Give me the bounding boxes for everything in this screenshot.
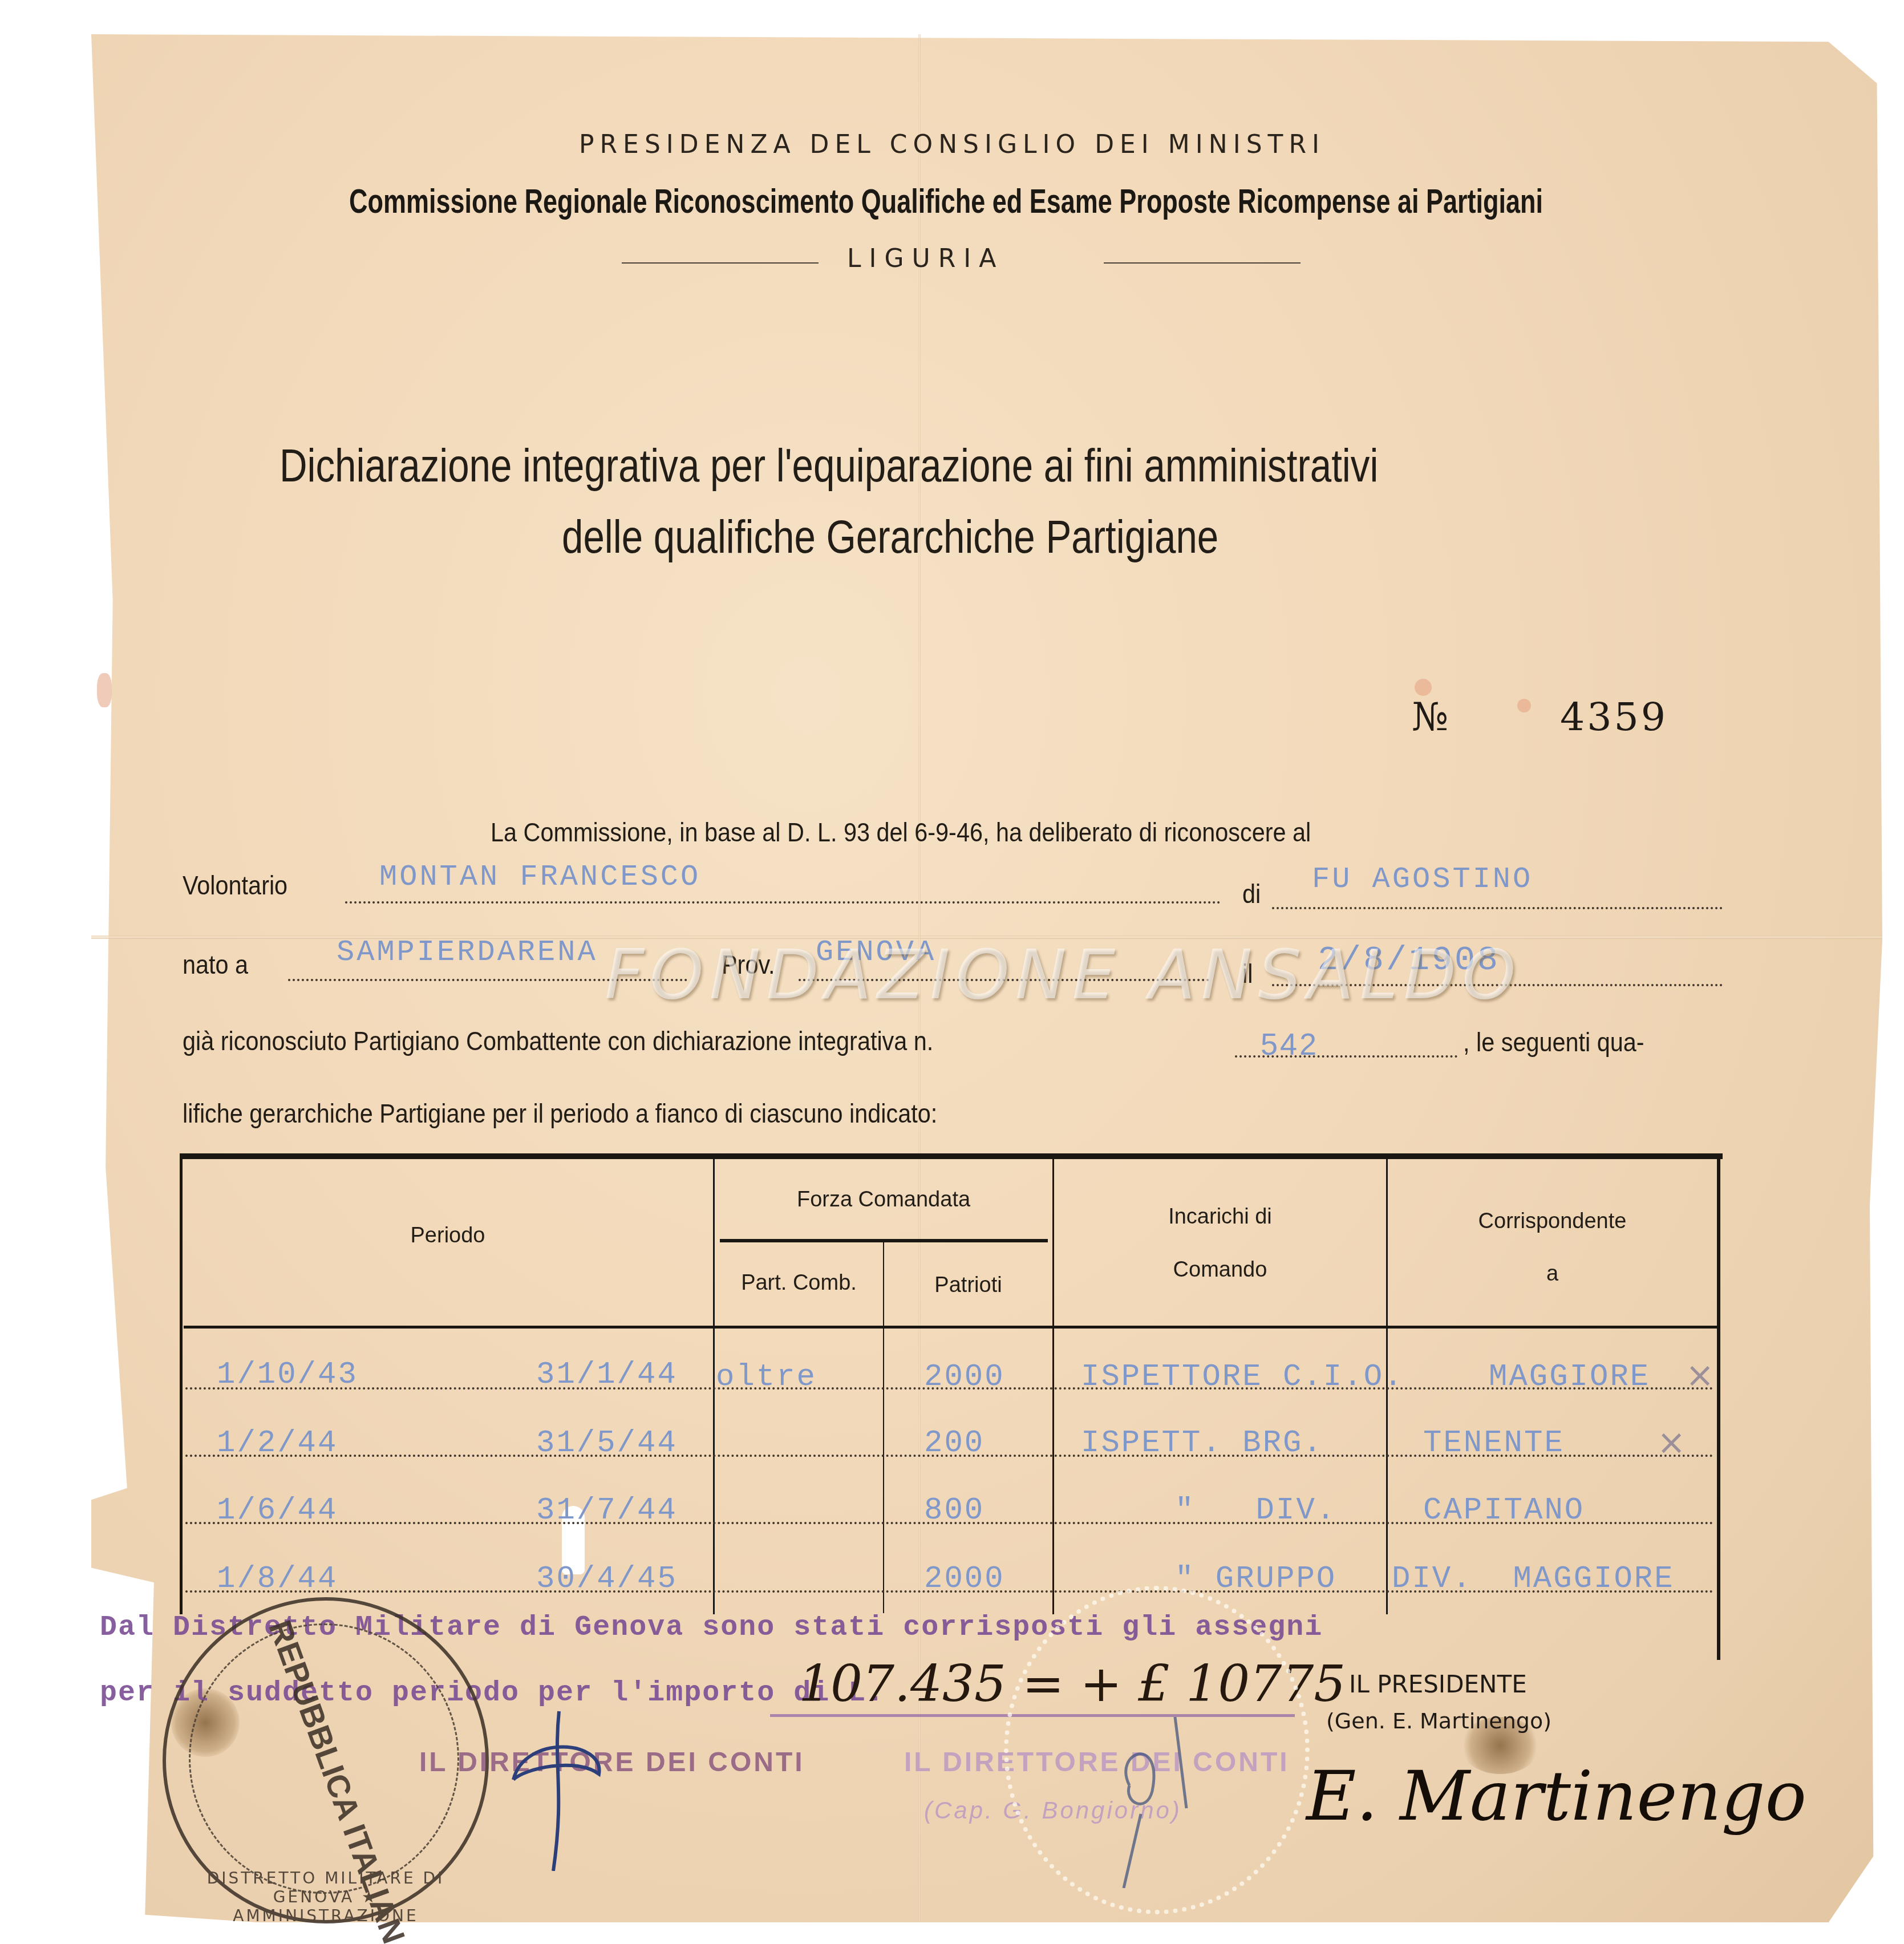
cell-patrioti: 2000: [924, 1360, 1005, 1395]
cell-incarico: " GRUPPO: [1175, 1562, 1336, 1597]
check-mark-icon: ×: [1686, 1355, 1714, 1395]
di-label: di: [1242, 878, 1261, 909]
header-region: LIGURIA: [847, 244, 1004, 273]
foxing-spot: [97, 673, 112, 707]
table-right-border: [1717, 1158, 1720, 1660]
col-header-comando: Comando: [1054, 1258, 1386, 1282]
intro-text: La Commissione, in base al D. L. 93 del …: [491, 817, 1311, 848]
divider-line: [1104, 262, 1301, 264]
presidente-name: (Gen. E. Martinengo): [1326, 1708, 1551, 1734]
cell-patrioti: 2000: [924, 1562, 1005, 1597]
foxing-spot: [1415, 679, 1432, 696]
header-presidenza: PRESIDENZA DEL CONSIGLIO DEI MINISTRI: [0, 130, 1904, 159]
cell-patrioti: 200: [924, 1426, 985, 1461]
cell-from: 1/6/44: [217, 1493, 338, 1528]
cell-incarico: ISPETT. BRG.: [1081, 1426, 1323, 1461]
fill-line: [1272, 907, 1723, 909]
director-signature-1: [491, 1700, 616, 1871]
volontario-value: MONTAN FRANCESCO: [379, 860, 700, 894]
cell-to: 31/1/44: [536, 1358, 678, 1392]
seguenti-text: , le seguenti qua-: [1463, 1027, 1644, 1058]
header-commissione: Commissione Regionale Riconoscimento Qua…: [349, 181, 1543, 221]
cell-grado: CAPITANO: [1423, 1493, 1585, 1528]
director-signature-2: [1107, 1717, 1221, 1888]
cell-part-comb: oltre: [716, 1360, 817, 1395]
cell-incarico: ISPETTORE C.I.O.: [1081, 1360, 1404, 1395]
col-header-part-comb: Part. Comb.: [715, 1271, 883, 1295]
cell-to: 31/7/44: [536, 1493, 678, 1528]
col-header-corrispondente: Corrispondente: [1388, 1209, 1717, 1234]
col-header-periodo: Periodo: [183, 1224, 713, 1248]
cell-from: 1/2/44: [217, 1426, 338, 1461]
table-header-bottom: [184, 1326, 1718, 1329]
numero-symbol: №: [1412, 695, 1448, 740]
gia-riconosciuto-text: già riconosciuto Partigiano Combattente …: [183, 1026, 933, 1056]
col-header-forza-comandata: Forza Comandata: [715, 1188, 1052, 1212]
watermark-fondazione-ansaldo: FONDAZIONE ANSALDO: [605, 935, 1521, 1015]
qualifiche-text: lifiche gerarchiche Partigiane per il pe…: [183, 1098, 937, 1129]
col-header-a: a: [1388, 1262, 1717, 1286]
document-title-line2: delle qualifiche Gerarchiche Partigiane: [562, 511, 1218, 564]
nato-value: SAMPIERDARENA: [337, 935, 598, 969]
table-subheader-line: [720, 1239, 1048, 1242]
presidente-title: IL PRESIDENTE: [1349, 1670, 1527, 1698]
document-title-line1: Dichiarazione integrativa per l'equipara…: [279, 439, 1378, 493]
table-column-divider: [883, 1242, 884, 1613]
cell-to: 31/5/44: [536, 1426, 678, 1461]
cell-grado: MAGGIORE: [1489, 1360, 1650, 1395]
divider-line: [622, 262, 819, 264]
presidente-signature: E. Martinengo: [1306, 1757, 1806, 1836]
cell-patrioti: 800: [924, 1493, 985, 1528]
dichiarazione-number: 542: [1261, 1027, 1319, 1062]
cell-grado: DIV. MAGGIORE: [1392, 1562, 1675, 1597]
check-mark-icon: ×: [1657, 1423, 1686, 1463]
table-column-divider: [713, 1158, 715, 1614]
cell-to: 30/4/45: [536, 1562, 678, 1597]
cell-from: 1/8/44: [217, 1562, 338, 1597]
cell-grado: TENENTE: [1423, 1426, 1565, 1461]
fill-line: [345, 901, 1221, 904]
nato-label: nato a: [183, 949, 248, 980]
col-header-incarichi: Incarichi di: [1054, 1205, 1386, 1229]
di-value: FU AGOSTINO: [1312, 862, 1533, 896]
volontario-label: Volontario: [183, 870, 287, 901]
cell-incarico: " DIV.: [1175, 1493, 1336, 1528]
foxing-spot: [1517, 699, 1531, 712]
round-stamp-ring-text: DISTRETTO MILITARE DI GENOVA ★ AMMINISTR…: [200, 1869, 451, 1925]
document-number: 4359: [1560, 695, 1668, 740]
table-top-border: [180, 1153, 1723, 1159]
cell-from: 1/10/43: [217, 1358, 358, 1392]
col-header-patrioti: Patrioti: [884, 1273, 1052, 1298]
